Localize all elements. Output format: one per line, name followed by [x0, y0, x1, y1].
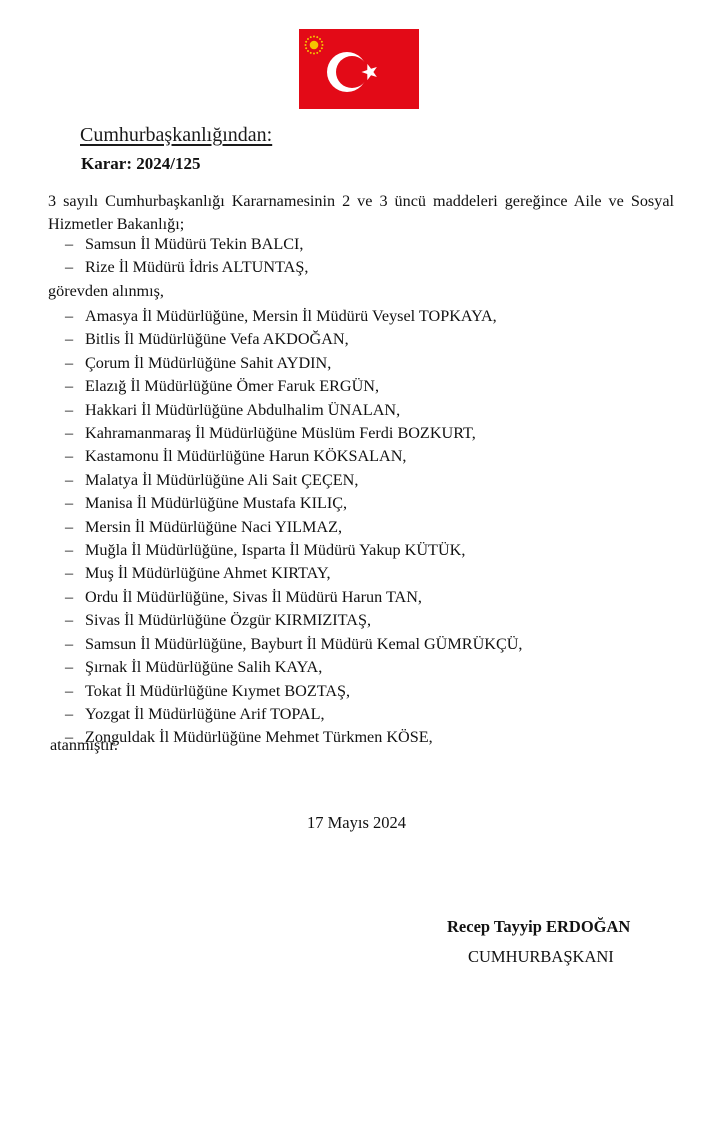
issuer-heading: Cumhurbaşkanlığından:	[80, 124, 272, 147]
dash-bullet: –	[65, 562, 73, 585]
list-item: –Hakkari İl Müdürlüğüne Abdulhalim ÜNALA…	[48, 399, 668, 422]
list-item-text: Malatya İl Müdürlüğüne Ali Sait ÇEÇEN,	[85, 471, 358, 489]
list-item-text: Mersin İl Müdürlüğüne Naci YILMAZ,	[85, 518, 342, 536]
list-item: –Amasya İl Müdürlüğüne, Mersin İl Müdürü…	[48, 305, 668, 328]
list-item: –Tokat İl Müdürlüğüne Kıymet BOZTAŞ,	[48, 680, 668, 703]
list-item: –Muğla İl Müdürlüğüne, Isparta İl Müdürü…	[48, 539, 668, 562]
decision-number: Karar: 2024/125	[81, 154, 200, 174]
list-item-text: Hakkari İl Müdürlüğüne Abdulhalim ÜNALAN…	[85, 401, 400, 419]
list-item-text: Çorum İl Müdürlüğüne Sahit AYDIN,	[85, 354, 331, 372]
signer-title: CUMHURBAŞKANI	[468, 947, 614, 967]
dash-bullet: –	[65, 256, 73, 279]
list-item: –Samsun İl Müdürlüğüne, Bayburt İl Müdür…	[48, 633, 668, 656]
list-item: –Zonguldak İl Müdürlüğüne Mehmet Türkmen…	[48, 726, 668, 749]
dash-bullet: –	[65, 422, 73, 445]
list-item-text: Şırnak İl Müdürlüğüne Salih KAYA,	[85, 658, 322, 676]
dash-bullet: –	[65, 305, 73, 328]
list-item-text: Bitlis İl Müdürlüğüne Vefa AKDOĞAN,	[85, 330, 349, 348]
dash-bullet: –	[65, 680, 73, 703]
dash-bullet: –	[65, 539, 73, 562]
appointed-officials-list: –Amasya İl Müdürlüğüne, Mersin İl Müdürü…	[48, 305, 668, 750]
removed-status-text: görevden alınmış,	[48, 282, 164, 301]
dash-bullet: –	[65, 586, 73, 609]
list-item: –Şırnak İl Müdürlüğüne Salih KAYA,	[48, 656, 668, 679]
list-item: –Yozgat İl Müdürlüğüne Arif TOPAL,	[48, 703, 668, 726]
list-item-text: Muğla İl Müdürlüğüne, Isparta İl Müdürü …	[85, 541, 465, 559]
signer-name: Recep Tayyip ERDOĞAN	[447, 917, 630, 937]
list-item: –Kahramanmaraş İl Müdürlüğüne Müslüm Fer…	[48, 422, 668, 445]
list-item-text: Ordu İl Müdürlüğüne, Sivas İl Müdürü Har…	[85, 588, 422, 606]
list-item-text: Sivas İl Müdürlüğüne Özgür KIRMIZITAŞ,	[85, 611, 371, 629]
list-item: –Mersin İl Müdürlüğüne Naci YILMAZ,	[48, 516, 668, 539]
list-item: –Malatya İl Müdürlüğüne Ali Sait ÇEÇEN,	[48, 469, 668, 492]
list-item-text: Samsun İl Müdürlüğüne, Bayburt İl Müdürü…	[85, 635, 522, 653]
dash-bullet: –	[65, 516, 73, 539]
dash-bullet: –	[65, 445, 73, 468]
list-item-text: Yozgat İl Müdürlüğüne Arif TOPAL,	[85, 705, 325, 723]
appointed-status-text: atanmıştır.	[50, 736, 118, 755]
list-item-text: Zonguldak İl Müdürlüğüne Mehmet Türkmen …	[85, 728, 433, 746]
list-item-text: Rize İl Müdürü İdris ALTUNTAŞ,	[85, 258, 308, 276]
list-item-text: Kahramanmaraş İl Müdürlüğüne Müslüm Ferd…	[85, 424, 476, 442]
list-item: –Manisa İl Müdürlüğüne Mustafa KILIÇ,	[48, 492, 668, 515]
list-item: –Sivas İl Müdürlüğüne Özgür KIRMIZITAŞ,	[48, 609, 668, 632]
dash-bullet: –	[65, 609, 73, 632]
intro-paragraph: 3 sayılı Cumhurbaşkanlığı Kararnamesinin…	[48, 190, 674, 236]
dash-bullet: –	[65, 375, 73, 398]
turkish-presidential-flag-icon	[299, 29, 419, 109]
list-item: –Kastamonu İl Müdürlüğüne Harun KÖKSALAN…	[48, 445, 668, 468]
list-item: –Çorum İl Müdürlüğüne Sahit AYDIN,	[48, 352, 668, 375]
dash-bullet: –	[65, 703, 73, 726]
list-item-text: Samsun İl Müdürü Tekin BALCI,	[85, 235, 303, 253]
list-item-text: Tokat İl Müdürlüğüne Kıymet BOZTAŞ,	[85, 682, 350, 700]
list-item-text: Manisa İl Müdürlüğüne Mustafa KILIÇ,	[85, 494, 347, 512]
list-item-text: Amasya İl Müdürlüğüne, Mersin İl Müdürü …	[85, 307, 497, 325]
dash-bullet: –	[65, 656, 73, 679]
dash-bullet: –	[65, 399, 73, 422]
list-item-text: Kastamonu İl Müdürlüğüne Harun KÖKSALAN,	[85, 447, 406, 465]
list-item: –Rize İl Müdürü İdris ALTUNTAŞ,	[48, 256, 668, 279]
list-item: –Elazığ İl Müdürlüğüne Ömer Faruk ERGÜN,	[48, 375, 668, 398]
document-date: 17 Mayıs 2024	[307, 813, 406, 833]
list-item: –Samsun İl Müdürü Tekin BALCI,	[48, 233, 668, 256]
list-item: –Muş İl Müdürlüğüne Ahmet KIRTAY,	[48, 562, 668, 585]
list-item-text: Elazığ İl Müdürlüğüne Ömer Faruk ERGÜN,	[85, 377, 379, 395]
dash-bullet: –	[65, 328, 73, 351]
dash-bullet: –	[65, 233, 73, 256]
removed-officials-list: –Samsun İl Müdürü Tekin BALCI,–Rize İl M…	[48, 233, 668, 280]
list-item: –Ordu İl Müdürlüğüne, Sivas İl Müdürü Ha…	[48, 586, 668, 609]
dash-bullet: –	[65, 633, 73, 656]
dash-bullet: –	[65, 469, 73, 492]
dash-bullet: –	[65, 352, 73, 375]
dash-bullet: –	[65, 492, 73, 515]
list-item: –Bitlis İl Müdürlüğüne Vefa AKDOĞAN,	[48, 328, 668, 351]
list-item-text: Muş İl Müdürlüğüne Ahmet KIRTAY,	[85, 564, 331, 582]
